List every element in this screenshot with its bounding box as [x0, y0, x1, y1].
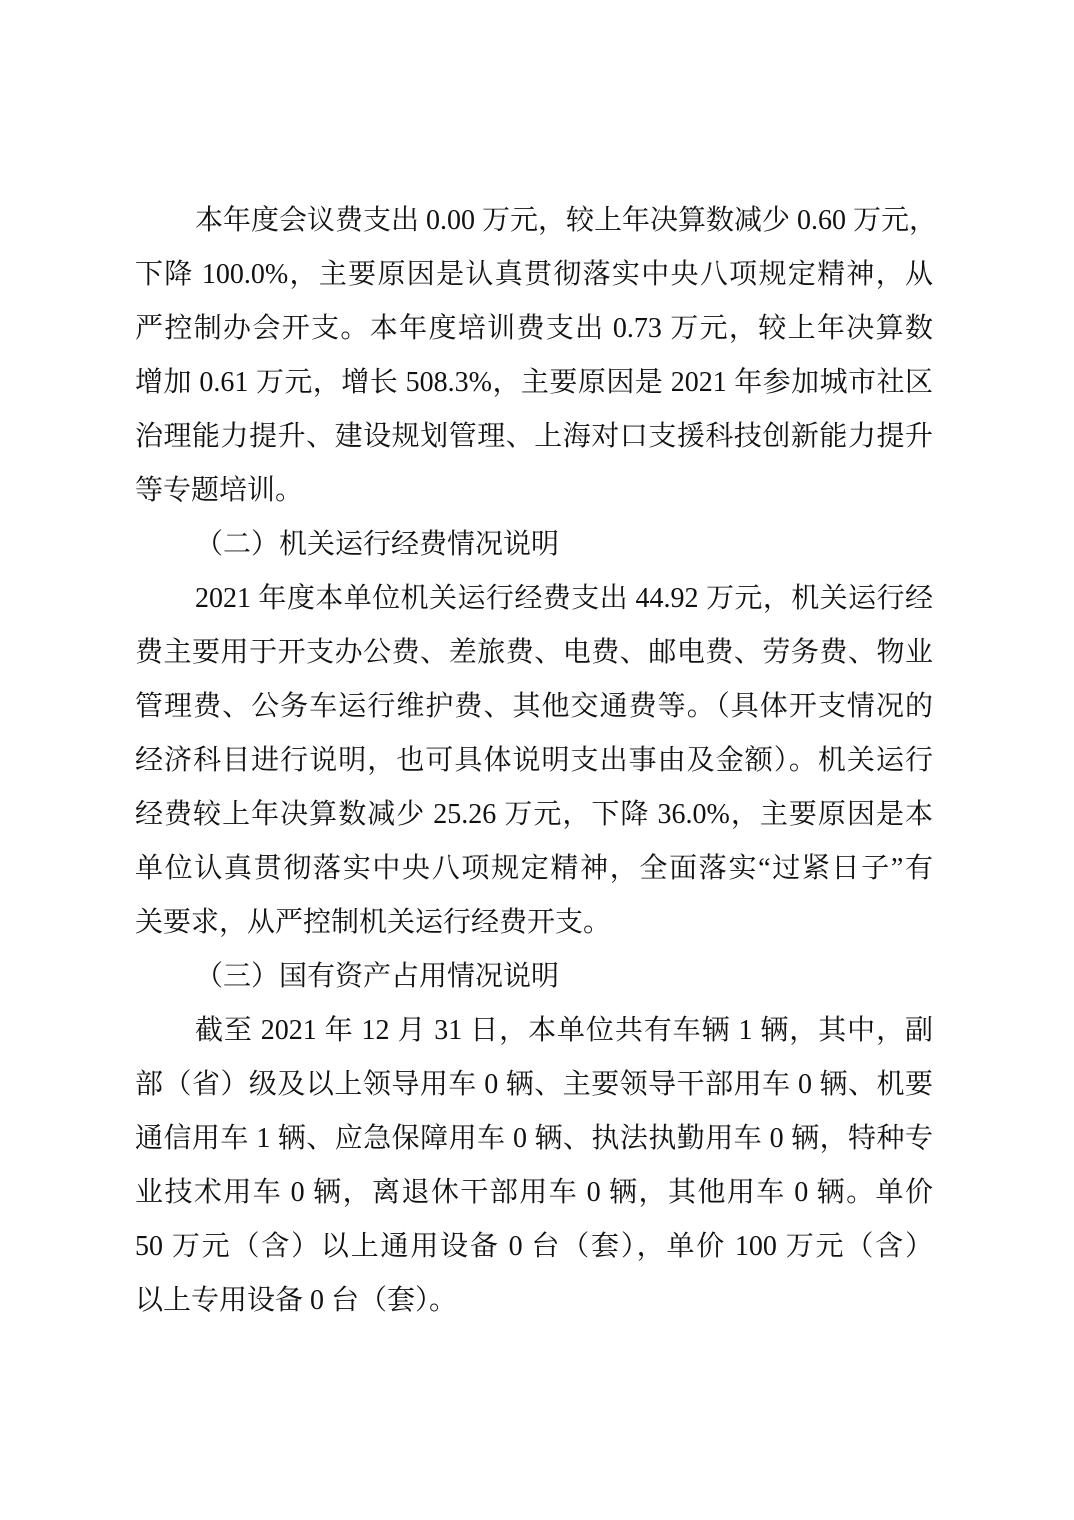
section-heading-state-owned-assets: （三）国有资产占用情况说明	[135, 950, 933, 1004]
paragraph-line: 治理能力提升、建设规划管理、上海对口支援科技创新能力提升	[135, 410, 933, 464]
paragraph-line: 2021 年度本单位机关运行经费支出 44.92 万元，机关运行经	[135, 572, 933, 626]
paragraph-conference-training-fees: 本年度会议费支出 0.00 万元，较上年决算数减少 0.60 万元， 下降 10…	[135, 194, 933, 518]
paragraph-agency-operating-funds: 2021 年度本单位机关运行经费支出 44.92 万元，机关运行经 费主要用于开…	[135, 572, 933, 950]
paragraph-line: 截至 2021 年 12 月 31 日，本单位共有车辆 1 辆，其中，副	[135, 1004, 933, 1058]
paragraph-line: 严控制办会开支。本年度培训费支出 0.73 万元，较上年决算数	[135, 302, 933, 356]
paragraph-line: 业技术用车 0 辆，离退休干部用车 0 辆，其他用车 0 辆。单价	[135, 1166, 933, 1220]
paragraph-line: 等专题培训。	[135, 464, 933, 518]
document-body-text: 本年度会议费支出 0.00 万元，较上年决算数减少 0.60 万元， 下降 10…	[135, 194, 933, 1328]
paragraph-line: 经费较上年决算数减少 25.26 万元，下降 36.0%，主要原因是本	[135, 788, 933, 842]
paragraph-line: 以上专用设备 0 台（套）。	[135, 1274, 933, 1328]
paragraph-line: 通信用车 1 辆、应急保障用车 0 辆、执法执勤用车 0 辆，特种专	[135, 1112, 933, 1166]
paragraph-line: 部（省）级及以上领导用车 0 辆、主要领导干部用车 0 辆、机要	[135, 1058, 933, 1112]
paragraph-line: 本年度会议费支出 0.00 万元，较上年决算数减少 0.60 万元，	[135, 194, 933, 248]
section-heading-agency-operating-funds: （二）机关运行经费情况说明	[135, 518, 933, 572]
paragraph-state-owned-assets: 截至 2021 年 12 月 31 日，本单位共有车辆 1 辆，其中，副 部（省…	[135, 1004, 933, 1328]
paragraph-line: 50 万元（含）以上通用设备 0 台（套），单价 100 万元（含）	[135, 1220, 933, 1274]
paragraph-line: 增加 0.61 万元，增长 508.3%，主要原因是 2021 年参加城市社区	[135, 356, 933, 410]
paragraph-line: 关要求，从严控制机关运行经费开支。	[135, 896, 933, 950]
paragraph-line: 经济科目进行说明，也可具体说明支出事由及金额）。机关运行	[135, 734, 933, 788]
paragraph-line: 下降 100.0%，主要原因是认真贯彻落实中央八项规定精神，从	[135, 248, 933, 302]
document-page: 本年度会议费支出 0.00 万元，较上年决算数减少 0.60 万元， 下降 10…	[0, 0, 1074, 1520]
paragraph-line: 管理费、公务车运行维护费、其他交通费等。（具体开支情况的	[135, 680, 933, 734]
paragraph-line: 费主要用于开支办公费、差旅费、电费、邮电费、劳务费、物业	[135, 626, 933, 680]
paragraph-line: 单位认真贯彻落实中央八项规定精神，全面落实“过紧日子”有	[135, 842, 933, 896]
